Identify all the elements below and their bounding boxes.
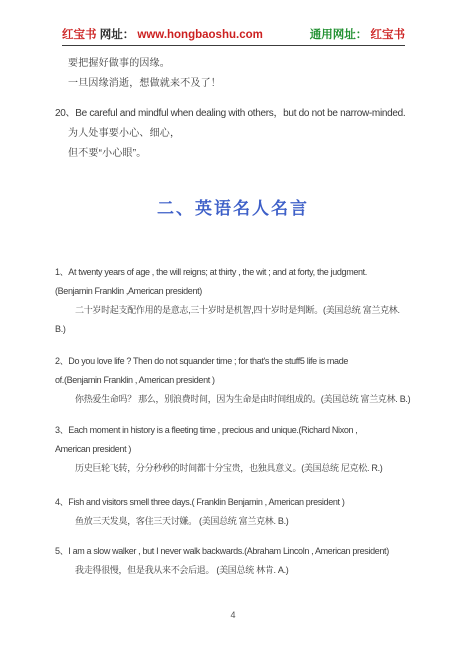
page-footer: 4: [55, 608, 411, 622]
header-left: 红宝书 网址： www.hongbaoshu.com: [62, 28, 263, 42]
quote-chinese-line: 历史巨轮飞转，分分秒秒的时间都十分宝贵，也独具意义。(美国总统 尼克松. R.): [55, 459, 411, 478]
quote-english-line: 5、I am a slow walker , but I never walk …: [55, 542, 411, 561]
section-heading: 二、英语名人名言: [55, 197, 411, 221]
intro-line: 一旦因缘消逝，想做就来不及了！: [68, 74, 411, 94]
brand-name: 红宝书: [62, 29, 97, 41]
quote-english-line: 4、Fish and visitors smell three days.( F…: [55, 493, 411, 512]
quote-english-line: of.(Benjamin Franklin , American preside…: [55, 371, 411, 390]
quote-item-1: 1、At twenty years of age , the will reig…: [55, 263, 411, 339]
page-content: 要把握好做事的因缘。 一旦因缘消逝，想做就来不及了！ 20、Be careful…: [55, 54, 411, 622]
header-right: 通用网址： 红宝书: [310, 28, 405, 42]
item20-english-line: 20、Be careful and mindful when dealing w…: [55, 104, 411, 124]
item20-chinese-line: 但不要“小心眼”。: [55, 144, 411, 164]
quote-chinese-line: 鱼放三天发臭，客住三天讨嫌。 (美国总统 富兰克林. B.): [55, 512, 411, 531]
page-number: 4: [230, 610, 235, 620]
quote-chinese-line: 二十岁时起支配作用的是意志,三十岁时是机智,四十岁时是判断。(美国总统 富兰克林…: [55, 301, 411, 320]
item20-chinese-line: 为人处事要小心、细心，: [55, 124, 411, 144]
quote-chinese-line: B.): [55, 320, 411, 339]
quotes-list: 1、At twenty years of age , the will reig…: [55, 263, 411, 580]
quote-item-5: 5、I am a slow walker , but I never walk …: [55, 542, 411, 580]
page-header: 红宝书 网址： www.hongbaoshu.com 通用网址： 红宝书: [62, 28, 405, 46]
site-label: 网址：: [100, 29, 135, 41]
quote-item-3: 3、Each moment in history is a fleeting t…: [55, 421, 411, 478]
quote-item-2: 2、Do you love life ? Then do not squande…: [55, 352, 411, 409]
quote-item-4: 4、Fish and visitors smell three days.( F…: [55, 493, 411, 531]
list-item-20: 20、Be careful and mindful when dealing w…: [55, 104, 411, 164]
alt-brand-name: 红宝书: [371, 29, 406, 41]
intro-paragraph: 要把握好做事的因缘。 一旦因缘消逝，想做就来不及了！: [55, 54, 411, 94]
quote-english-line: (Benjamin Franklin ,American president): [55, 282, 411, 301]
alt-site-label: 通用网址：: [310, 29, 368, 41]
quote-chinese-line: 我走得很慢，但是我从来不会后退。 (美国总统 林肯. A.): [55, 561, 411, 580]
quote-english-line: 1、At twenty years of age , the will reig…: [55, 263, 411, 282]
document-page: 红宝书 网址： www.hongbaoshu.com 通用网址： 红宝书 要把握…: [0, 0, 466, 659]
quote-english-line: 2、Do you love life ? Then do not squande…: [55, 352, 411, 371]
site-url: www.hongbaoshu.com: [137, 29, 262, 41]
quote-english-line: American president ): [55, 440, 411, 459]
quote-english-line: 3、Each moment in history is a fleeting t…: [55, 421, 411, 440]
intro-line: 要把握好做事的因缘。: [68, 54, 411, 74]
quote-chinese-line: 你热爱生命吗？ 那么，别浪费时间，因为生命是由时间组成的。(美国总统 富兰克林.…: [55, 390, 411, 409]
